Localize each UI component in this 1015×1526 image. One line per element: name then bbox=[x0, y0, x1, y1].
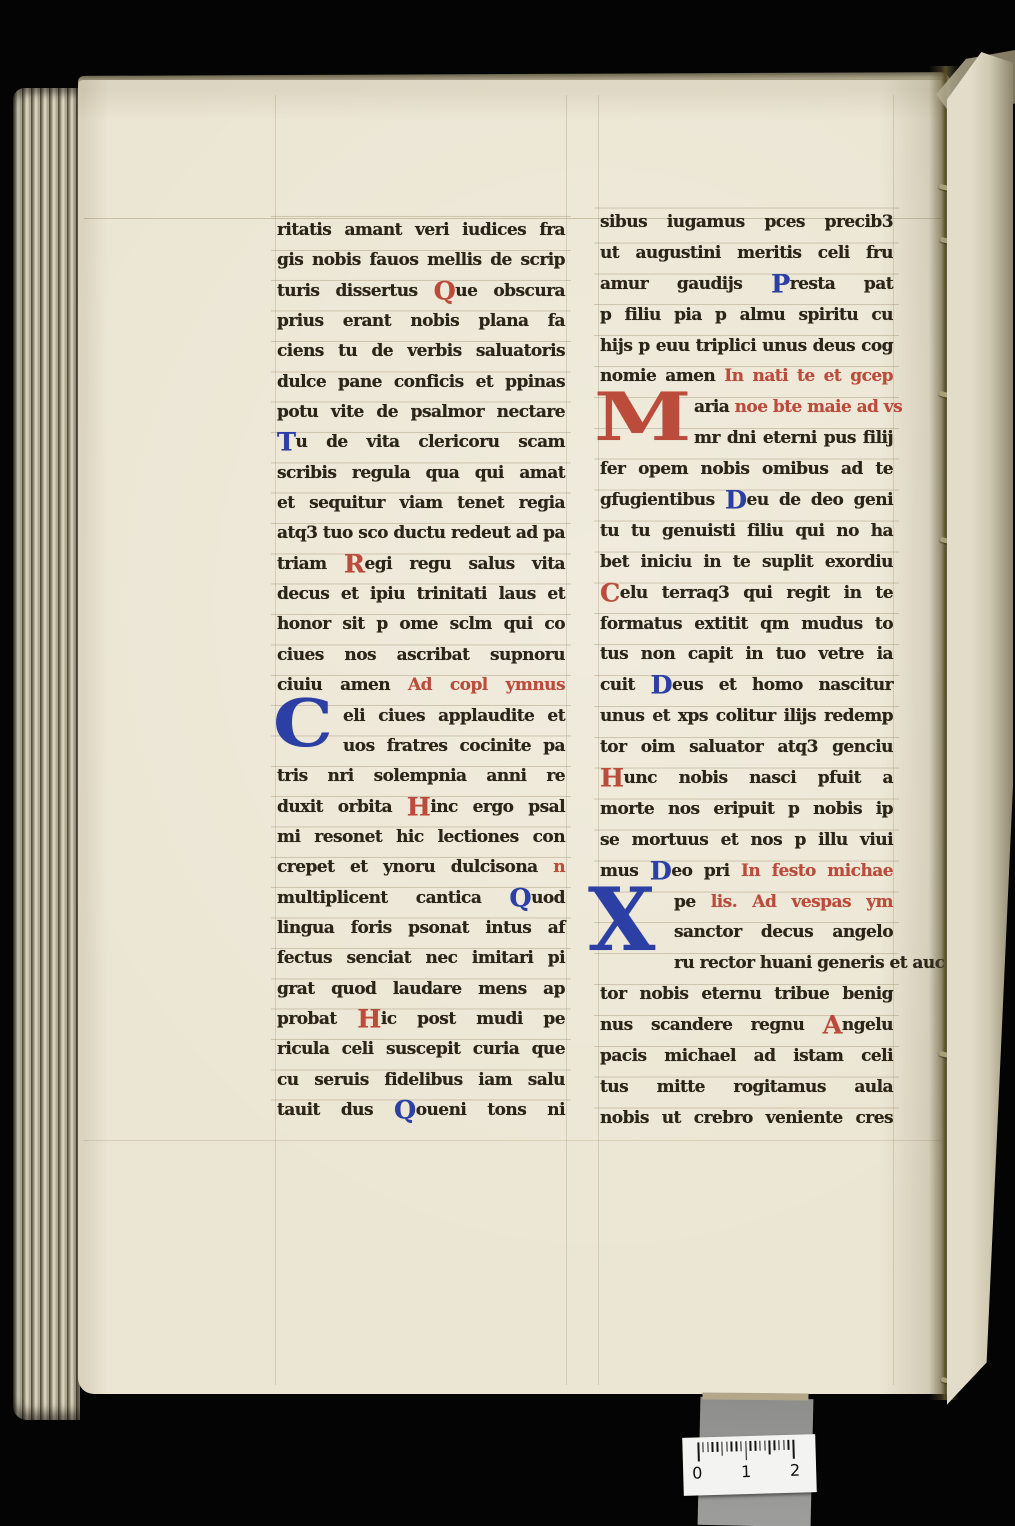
ruler-number-0: 0 bbox=[692, 1463, 703, 1482]
text-line: ut augustini meritis celi fru bbox=[600, 238, 893, 269]
text-line: crepet et ynoru dulcisona n bbox=[277, 852, 565, 882]
rubric-text: In nati te et gcep bbox=[724, 366, 893, 386]
text-line: mi resonet hic lectiones con bbox=[277, 822, 565, 852]
manuscript-photo: ritatis amant veri iudices fragis nobis … bbox=[0, 0, 1015, 1526]
text-column-right: sibus iugamus pces precib3ut augustini m… bbox=[600, 207, 893, 1134]
ruler-tick bbox=[745, 1441, 747, 1460]
text-line: formatus extitit qm mudus to bbox=[600, 609, 893, 640]
text-line: nobis ut crebro veniente cres bbox=[600, 1103, 893, 1134]
body-text: tus non capit in tuo vetre ia bbox=[600, 644, 893, 664]
body-text: ricula celi suscepit curia que bbox=[277, 1039, 565, 1059]
text-line: ciues nos ascribat supnoru bbox=[277, 640, 565, 670]
body-text: probat bbox=[277, 1009, 357, 1029]
inline-initial: Q bbox=[394, 1096, 416, 1126]
ruling-line-vertical bbox=[566, 95, 567, 1385]
body-text: turis dissertus bbox=[277, 281, 434, 301]
body-text: gfugientibus bbox=[600, 490, 725, 510]
body-text: tor nobis eternu tribue benig bbox=[600, 984, 893, 1004]
text-line: tu tu genuisti filiu qui no ha bbox=[600, 516, 893, 547]
inline-initial: Q bbox=[434, 276, 456, 306]
text-line: lingua foris psonat intus af bbox=[277, 913, 565, 943]
body-text: hijs p euu triplici unus deus cog bbox=[600, 336, 893, 356]
drop-cap-initial: X bbox=[588, 885, 655, 956]
text-line: tor nobis eternu tribue benig bbox=[600, 979, 893, 1010]
body-text: nus scandere regnu bbox=[600, 1015, 823, 1035]
text-line: morte nos eripuit p nobis ip bbox=[600, 794, 893, 825]
body-text: ciens tu de verbis saluatoris bbox=[277, 341, 565, 361]
text-line: p filiu pia p almu spiritu cu bbox=[600, 300, 893, 331]
ruler-tick bbox=[731, 1441, 733, 1451]
text-line: dulce pane conficis et ppinas bbox=[277, 367, 565, 397]
ruling-line-vertical bbox=[893, 95, 894, 1385]
body-text: crepet et ynoru dulcisona bbox=[277, 857, 553, 877]
body-text: pe bbox=[674, 892, 711, 912]
text-line: prius erant nobis plana fa bbox=[277, 306, 565, 336]
body-text: resta pat bbox=[790, 274, 893, 294]
text-line: tor oim saluator atq3 genciu bbox=[600, 732, 893, 763]
ruler-tick bbox=[769, 1440, 771, 1454]
rubric-text: n bbox=[553, 857, 565, 877]
body-text: elu terraq3 qui regit in te bbox=[620, 583, 893, 603]
body-text: se mortuus et nos p illu viui bbox=[600, 830, 893, 850]
ruler-tick bbox=[754, 1441, 756, 1451]
body-text: prius erant nobis plana fa bbox=[277, 311, 565, 331]
inline-initial: T bbox=[277, 428, 295, 458]
ruler-number-1: 1 bbox=[741, 1462, 752, 1481]
body-text: ritatis amant veri iudices fra bbox=[277, 220, 565, 240]
text-line: potu vite de psalmor nectare bbox=[277, 397, 565, 427]
inline-initial: D bbox=[725, 486, 747, 516]
facing-page-sliver bbox=[947, 52, 1013, 1410]
text-line: tus mitte rogitamus aula bbox=[600, 1072, 893, 1103]
body-text: bet iniciu in te suplit exordiu bbox=[600, 552, 893, 572]
inline-initial: D bbox=[650, 671, 672, 701]
body-text: ru rector huani generis et auc bbox=[674, 953, 945, 973]
body-text: gis nobis fauos mellis de scrip bbox=[277, 250, 565, 270]
text-line: grat quod laudare mens ap bbox=[277, 974, 565, 1004]
ruler-tick bbox=[721, 1442, 723, 1456]
body-text: unus et xps colitur ilijs redemp bbox=[600, 706, 893, 726]
text-line: fer opem nobis omibus ad te bbox=[600, 454, 893, 485]
rubric-text: In festo michae bbox=[741, 861, 893, 881]
text-line: sibus iugamus pces precib3 bbox=[600, 207, 893, 238]
text-line: triam Regi regu salus vita bbox=[277, 549, 565, 579]
body-text: eli ciues applaudite et bbox=[343, 706, 565, 726]
body-text: decus et ipiu trinitati laus et bbox=[277, 584, 565, 604]
text-line: multiplicent cantica Quod bbox=[277, 883, 565, 913]
body-text: eu de deo geni bbox=[747, 490, 893, 510]
body-text: multiplicent cantica bbox=[277, 888, 509, 908]
body-text: scribis regula qua qui amat bbox=[277, 463, 565, 483]
rubric-text: noe bte maie ad vs bbox=[735, 397, 902, 417]
inline-initial: R bbox=[344, 549, 365, 579]
ruler-tick bbox=[712, 1442, 714, 1452]
ruler-tick bbox=[788, 1440, 790, 1450]
ruler-tick bbox=[716, 1442, 718, 1452]
inline-initial: C bbox=[600, 578, 620, 608]
text-line: pacis michael ad istam celi bbox=[600, 1041, 893, 1072]
ruler-tick bbox=[702, 1442, 704, 1452]
body-text: dulce pane conficis et ppinas bbox=[277, 372, 565, 392]
text-line: cu seruis fidelibus iam salu bbox=[277, 1065, 565, 1095]
body-text: potu vite de psalmor nectare bbox=[277, 402, 565, 422]
text-line: ricula celi suscepit curia que bbox=[277, 1034, 565, 1064]
text-line: Tu de vita clericoru scam bbox=[277, 427, 565, 457]
body-text: egi regu salus vita bbox=[365, 554, 566, 574]
text-line: ciens tu de verbis saluatoris bbox=[277, 336, 565, 366]
ruling-line-horizontal-bottom bbox=[84, 1140, 942, 1141]
body-text: u de vita clericoru scam bbox=[295, 432, 565, 452]
text-line: amur gaudijs Presta pat bbox=[600, 269, 893, 300]
body-text: ic post mudi pe bbox=[381, 1009, 565, 1029]
body-text: ngelu bbox=[842, 1015, 893, 1035]
drop-cap-initial: C bbox=[273, 697, 333, 751]
body-text: ut augustini meritis celi fru bbox=[600, 243, 893, 263]
body-text: ciues nos ascribat supnoru bbox=[277, 645, 565, 665]
text-line: decus et ipiu trinitati laus et bbox=[277, 579, 565, 609]
ruler-tick bbox=[778, 1440, 780, 1450]
text-column-left: ritatis amant veri iudices fragis nobis … bbox=[277, 215, 565, 1125]
drop-cap-initial: M bbox=[594, 390, 692, 445]
text-line: atq3 tuo sco ductu redeut ad pa bbox=[277, 518, 565, 548]
ruler-tick bbox=[740, 1441, 742, 1451]
ruler-tick bbox=[764, 1441, 766, 1451]
inline-initial: A bbox=[823, 1011, 842, 1041]
text-line: bet iniciu in te suplit exordiu bbox=[600, 547, 893, 578]
body-text: nobis ut crebro veniente cres bbox=[600, 1108, 893, 1128]
page-edges-stack bbox=[13, 88, 80, 1420]
ruler-tick-marks bbox=[697, 1440, 798, 1463]
body-text: uos fratres cocinite pa bbox=[343, 736, 565, 756]
ruler-tick bbox=[707, 1442, 709, 1452]
body-text: sibus iugamus pces precib3 bbox=[600, 212, 893, 232]
body-text: p filiu pia p almu spiritu cu bbox=[600, 305, 893, 325]
body-text: fer opem nobis omibus ad te bbox=[600, 459, 893, 479]
body-text: mr dni eterni pus filij bbox=[694, 428, 893, 448]
inline-initial: H bbox=[600, 764, 624, 794]
inline-initial: H bbox=[357, 1005, 381, 1035]
inline-initial: P bbox=[771, 269, 790, 299]
body-text: lingua foris psonat intus af bbox=[277, 918, 565, 938]
body-text: tauit dus bbox=[277, 1100, 394, 1120]
scale-ruler: 0 1 2 bbox=[682, 1434, 817, 1496]
body-text: oueni tons ni bbox=[416, 1100, 565, 1120]
ruler-tick bbox=[792, 1440, 794, 1459]
text-line: tauit dus Qoueni tons ni bbox=[277, 1095, 565, 1125]
text-line: probat Hic post mudi pe bbox=[277, 1004, 565, 1034]
ruler-numbers: 0 1 2 bbox=[692, 1461, 800, 1483]
text-line: tris nri solempnia anni re bbox=[277, 761, 565, 791]
body-text: grat quod laudare mens ap bbox=[277, 979, 565, 999]
body-text: duxit orbita bbox=[277, 797, 407, 817]
inline-initial: H bbox=[407, 792, 431, 822]
text-line: honor sit p ome sclm qui co bbox=[277, 609, 565, 639]
ruler-tick bbox=[697, 1442, 699, 1461]
ruler-number-2: 2 bbox=[790, 1461, 801, 1480]
body-text: eus et homo nascitur bbox=[672, 675, 893, 695]
body-text: cuit bbox=[600, 675, 650, 695]
inline-initial: Q bbox=[509, 883, 531, 913]
ruler-tick bbox=[773, 1440, 775, 1450]
text-line: unus et xps colitur ilijs redemp bbox=[600, 701, 893, 732]
ruler-tick bbox=[750, 1441, 752, 1451]
body-text: cu seruis fidelibus iam salu bbox=[277, 1070, 565, 1090]
text-line: hijs p euu triplici unus deus cog bbox=[600, 331, 893, 362]
text-line: Celu terraq3 qui regit in te bbox=[600, 578, 893, 609]
body-text: sanctor decus angelo bbox=[674, 922, 893, 942]
body-text: tu tu genuisti filiu qui no ha bbox=[600, 521, 893, 541]
text-line: ritatis amant veri iudices fra bbox=[277, 215, 565, 245]
body-text: morte nos eripuit p nobis ip bbox=[600, 799, 893, 819]
body-text: atq3 tuo sco ductu redeut ad pa bbox=[277, 523, 565, 543]
body-text: aria bbox=[694, 397, 735, 417]
text-line: turis dissertus Que obscura bbox=[277, 276, 565, 306]
body-text: tus mitte rogitamus aula bbox=[600, 1077, 893, 1097]
body-text: amur gaudijs bbox=[600, 274, 771, 294]
body-text: honor sit p ome sclm qui co bbox=[277, 614, 565, 634]
body-text: triam bbox=[277, 554, 344, 574]
text-line: gis nobis fauos mellis de scrip bbox=[277, 245, 565, 275]
body-text: tor oim saluator atq3 genciu bbox=[600, 737, 893, 757]
ruler-tick bbox=[783, 1440, 785, 1450]
body-text: pacis michael ad istam celi bbox=[600, 1046, 893, 1066]
body-text: tris nri solempnia anni re bbox=[277, 766, 565, 786]
text-line: scribis regula qua qui amat bbox=[277, 458, 565, 488]
ruling-line-vertical bbox=[598, 95, 599, 1385]
body-text: mi resonet hic lectiones con bbox=[277, 827, 565, 847]
text-line: cuit Deus et homo nascitur bbox=[600, 670, 893, 701]
body-text: inc ergo psal bbox=[430, 797, 565, 817]
body-text: ue obscura bbox=[455, 281, 565, 301]
ruler-tick bbox=[759, 1441, 761, 1451]
body-text: eo pri bbox=[671, 861, 741, 881]
text-line: se mortuus et nos p illu viui bbox=[600, 825, 893, 856]
text-line: fectus senciat nec imitari pi bbox=[277, 943, 565, 973]
rubric-text: Ad copl ymnus bbox=[408, 675, 565, 695]
ruler-tick bbox=[726, 1442, 728, 1452]
text-line: duxit orbita Hinc ergo psal bbox=[277, 792, 565, 822]
body-text: uod bbox=[531, 888, 565, 908]
body-text: fectus senciat nec imitari pi bbox=[277, 948, 565, 968]
body-text: et sequitur viam tenet regia bbox=[277, 493, 565, 513]
body-text: formatus extitit qm mudus to bbox=[600, 614, 893, 634]
text-line: et sequitur viam tenet regia bbox=[277, 488, 565, 518]
text-line: nus scandere regnu Angelu bbox=[600, 1010, 893, 1041]
text-line: gfugientibus Deu de deo geni bbox=[600, 485, 893, 516]
text-line: Hunc nobis nasci pfuit a bbox=[600, 763, 893, 794]
rubric-text: lis. Ad vespas ym bbox=[711, 892, 893, 912]
text-line: tus non capit in tuo vetre ia bbox=[600, 639, 893, 670]
body-text: unc nobis nasci pfuit a bbox=[624, 768, 893, 788]
ruler-tick bbox=[735, 1441, 737, 1451]
